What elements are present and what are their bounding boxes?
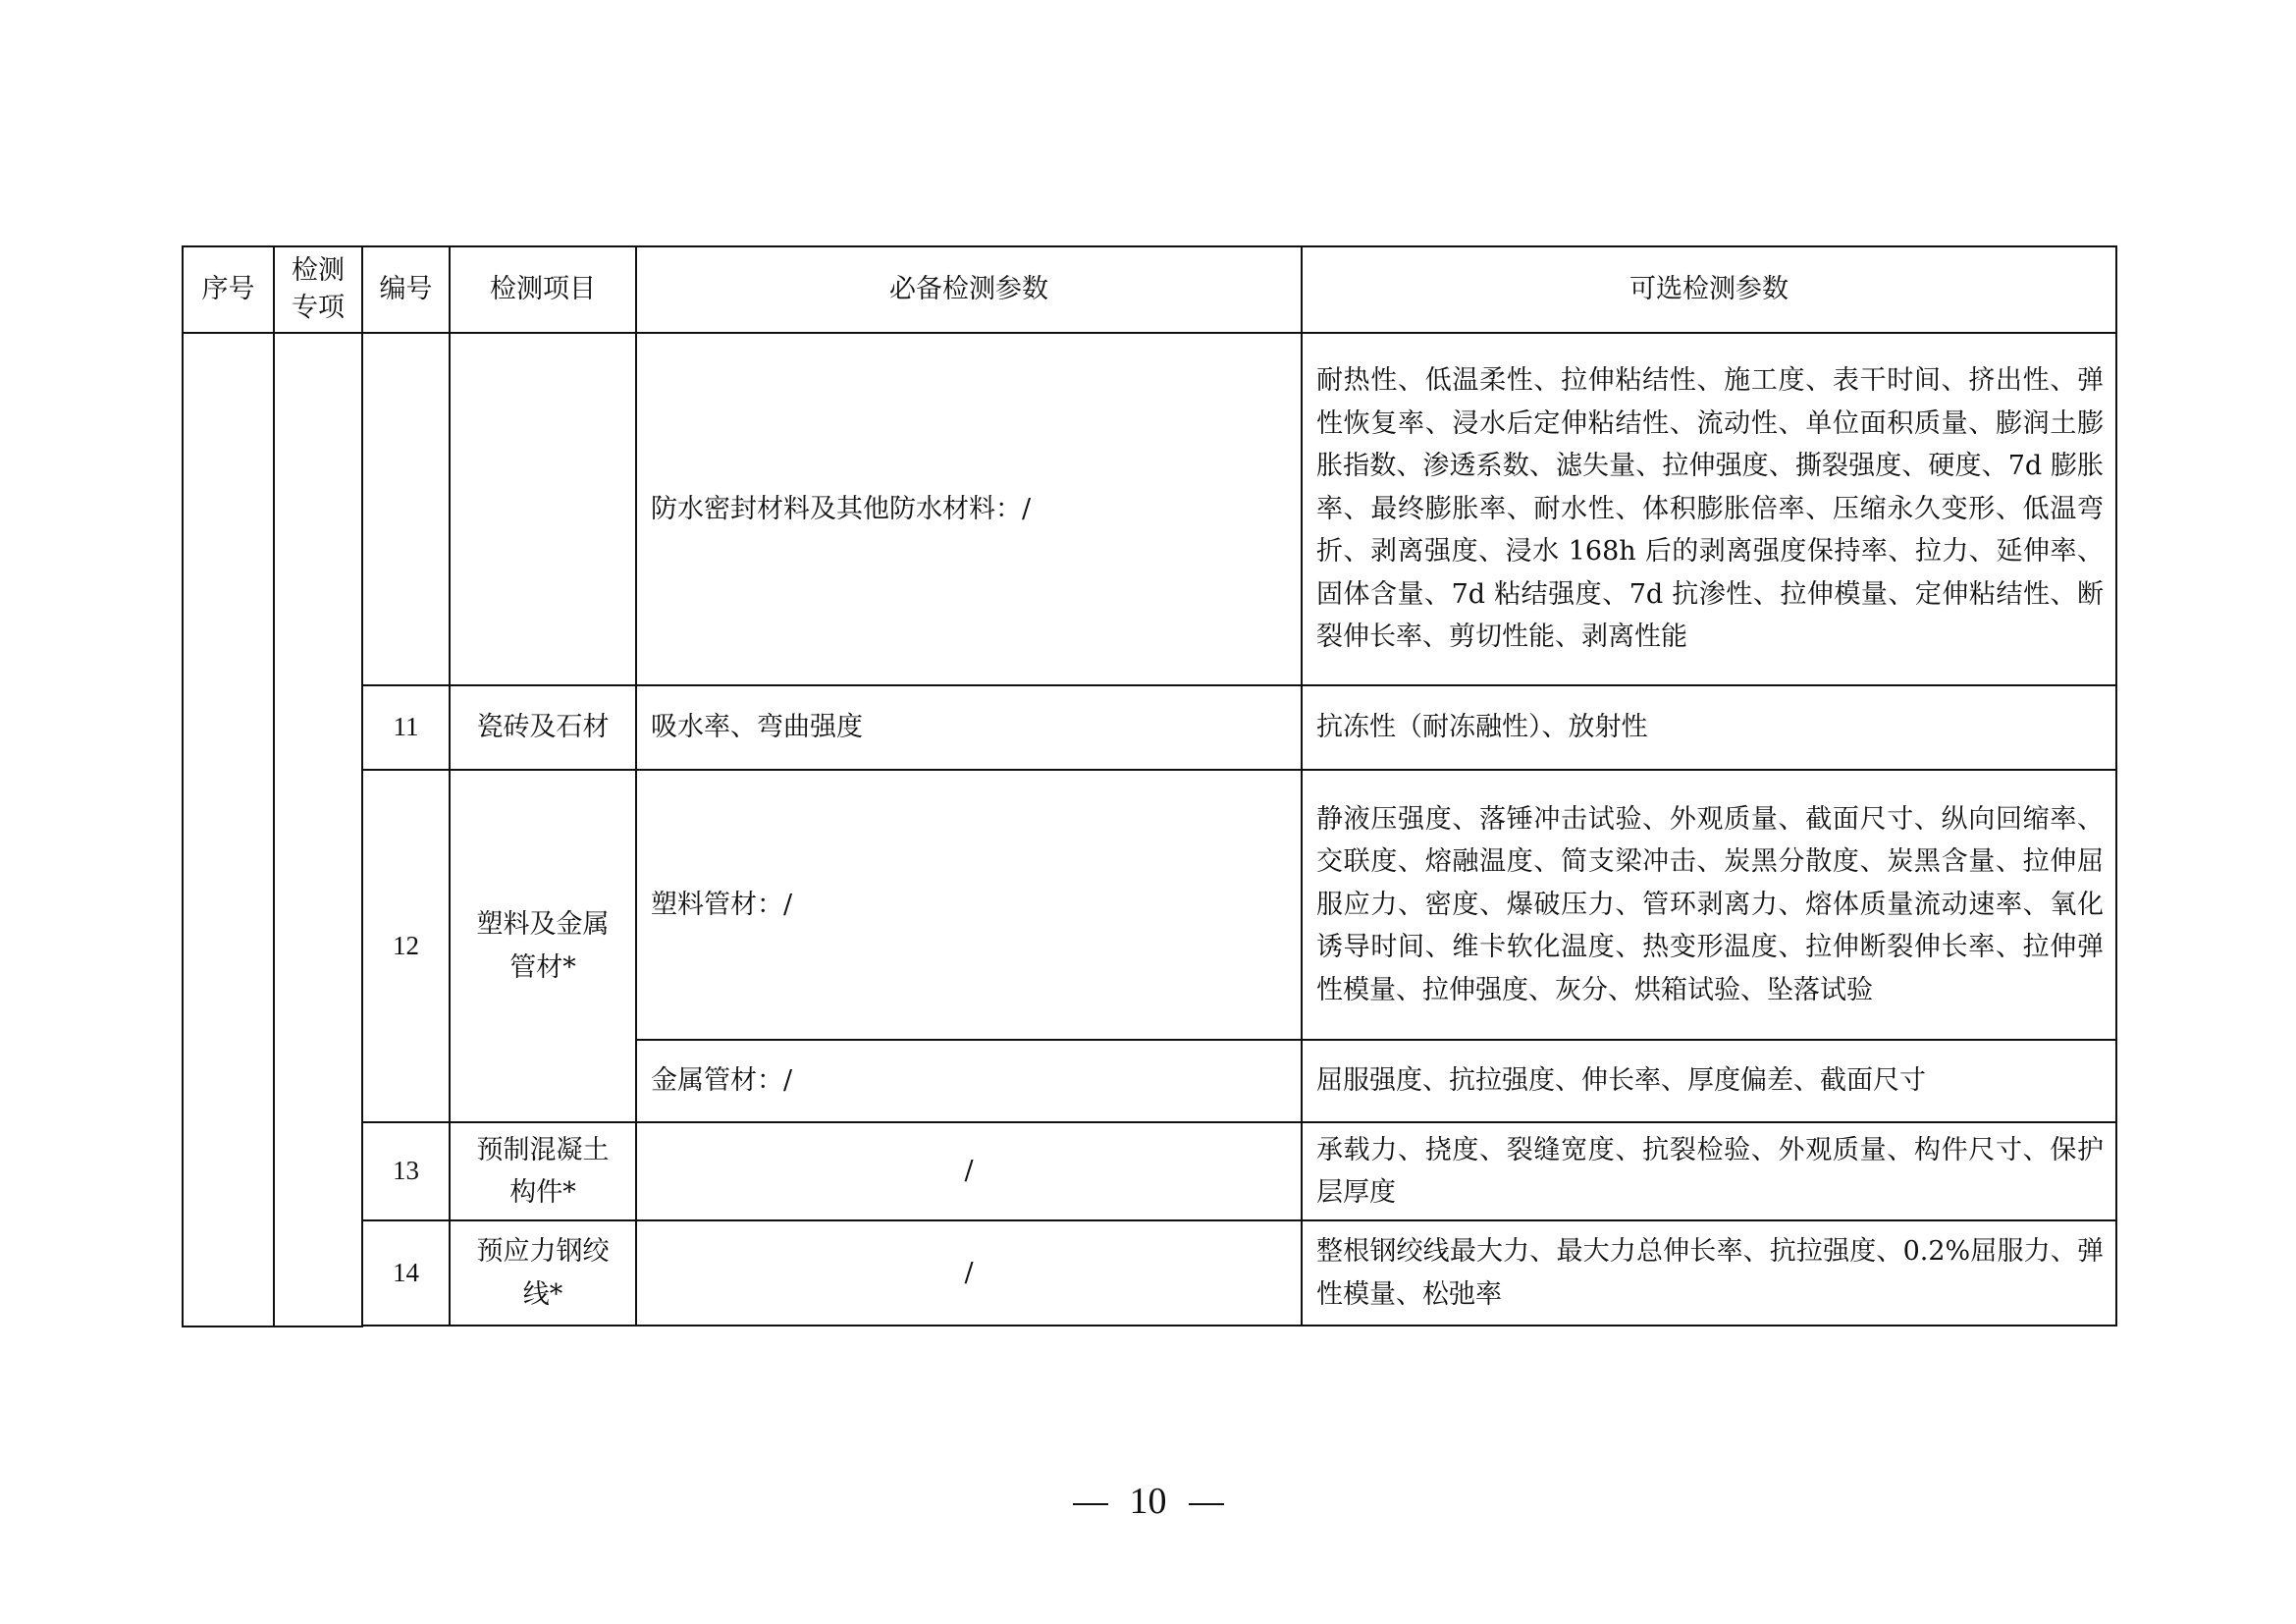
header-category: 检测 专项 (274, 246, 362, 333)
required-cell: / (636, 1122, 1302, 1220)
header-optional: 可选检测参数 (1302, 246, 2116, 333)
required-cell: 防水密封材料及其他防水材料：/ (636, 333, 1302, 685)
item-line2: 管材* (509, 952, 576, 983)
optional-cell: 承载力、挠度、裂缝宽度、抗裂检验、外观质量、构件尺寸、保护层厚度 (1302, 1122, 2116, 1220)
table-row: 13 预制混凝土 构件* / 承载力、挠度、裂缝宽度、抗裂检验、外观质量、构件尺… (183, 1122, 2116, 1220)
item-cell: 塑料及金属 管材* (450, 770, 636, 1122)
optional-cell: 静液压强度、落锤冲击试验、外观质量、截面尺寸、纵向回缩率、交联度、熔融温度、简支… (1302, 770, 2116, 1040)
header-code: 编号 (362, 246, 450, 333)
code-cell: 11 (362, 685, 450, 770)
code-cell (362, 333, 450, 685)
header-item: 检测项目 (450, 246, 636, 333)
item-cell: 预应力钢绞 线* (450, 1220, 636, 1326)
code-cell: 14 (362, 1220, 450, 1326)
item-line1: 塑料及金属 (477, 909, 610, 940)
table-row: 14 预应力钢绞 线* / 整根钢绞线最大力、最大力总伸长率、抗拉强度、0.2%… (183, 1220, 2116, 1326)
item-line2: 线* (523, 1279, 563, 1310)
optional-cell: 抗冻性（耐冻融性）、放射性 (1302, 685, 2116, 770)
page-number: 10 (0, 1480, 2296, 1523)
optional-cell: 耐热性、低温柔性、拉伸粘结性、施工度、表干时间、挤出性、弹性恢复率、浸水后定伸粘… (1302, 333, 2116, 685)
header-required: 必备检测参数 (636, 246, 1302, 333)
category-cell (274, 333, 362, 1326)
optional-cell: 整根钢绞线最大力、最大力总伸长率、抗拉强度、0.2%屈服力、弹性模量、松弛率 (1302, 1220, 2116, 1326)
item-cell: 瓷砖及石材 (450, 685, 636, 770)
inspection-parameters-table: 序号 检测 专项 编号 检测项目 必备检测参数 可选检测参数 防水密封材料及其他… (182, 245, 2117, 1327)
table-row: 11 瓷砖及石材 吸水率、弯曲强度 抗冻性（耐冻融性）、放射性 (183, 685, 2116, 770)
header-category-line1: 检测 (292, 255, 345, 286)
header-seq: 序号 (183, 246, 274, 333)
required-cell: 吸水率、弯曲强度 (636, 685, 1302, 770)
header-category-line2: 专项 (292, 293, 345, 323)
item-cell (450, 333, 636, 685)
item-line1: 预应力钢绞 (477, 1236, 610, 1267)
optional-cell: 屈服强度、抗拉强度、伸长率、厚度偏差、截面尺寸 (1302, 1040, 2116, 1122)
code-cell: 13 (362, 1122, 450, 1220)
code-cell: 12 (362, 770, 450, 1122)
item-line1: 预制混凝土 (477, 1135, 610, 1165)
item-line2: 构件* (509, 1177, 576, 1208)
seq-cell (183, 333, 274, 1326)
table-header-row: 序号 检测 专项 编号 检测项目 必备检测参数 可选检测参数 (183, 246, 2116, 333)
dash-right (1189, 1503, 1224, 1505)
table-row: 12 塑料及金属 管材* 塑料管材：/ 静液压强度、落锤冲击试验、外观质量、截面… (183, 770, 2116, 1040)
required-cell: 塑料管材：/ (636, 770, 1302, 1040)
required-cell: / (636, 1220, 1302, 1326)
required-cell: 金属管材：/ (636, 1040, 1302, 1122)
page-number-text: 10 (1130, 1481, 1167, 1522)
dash-left (1073, 1503, 1108, 1505)
table-row: 防水密封材料及其他防水材料：/ 耐热性、低温柔性、拉伸粘结性、施工度、表干时间、… (183, 333, 2116, 685)
item-cell: 预制混凝土 构件* (450, 1122, 636, 1220)
